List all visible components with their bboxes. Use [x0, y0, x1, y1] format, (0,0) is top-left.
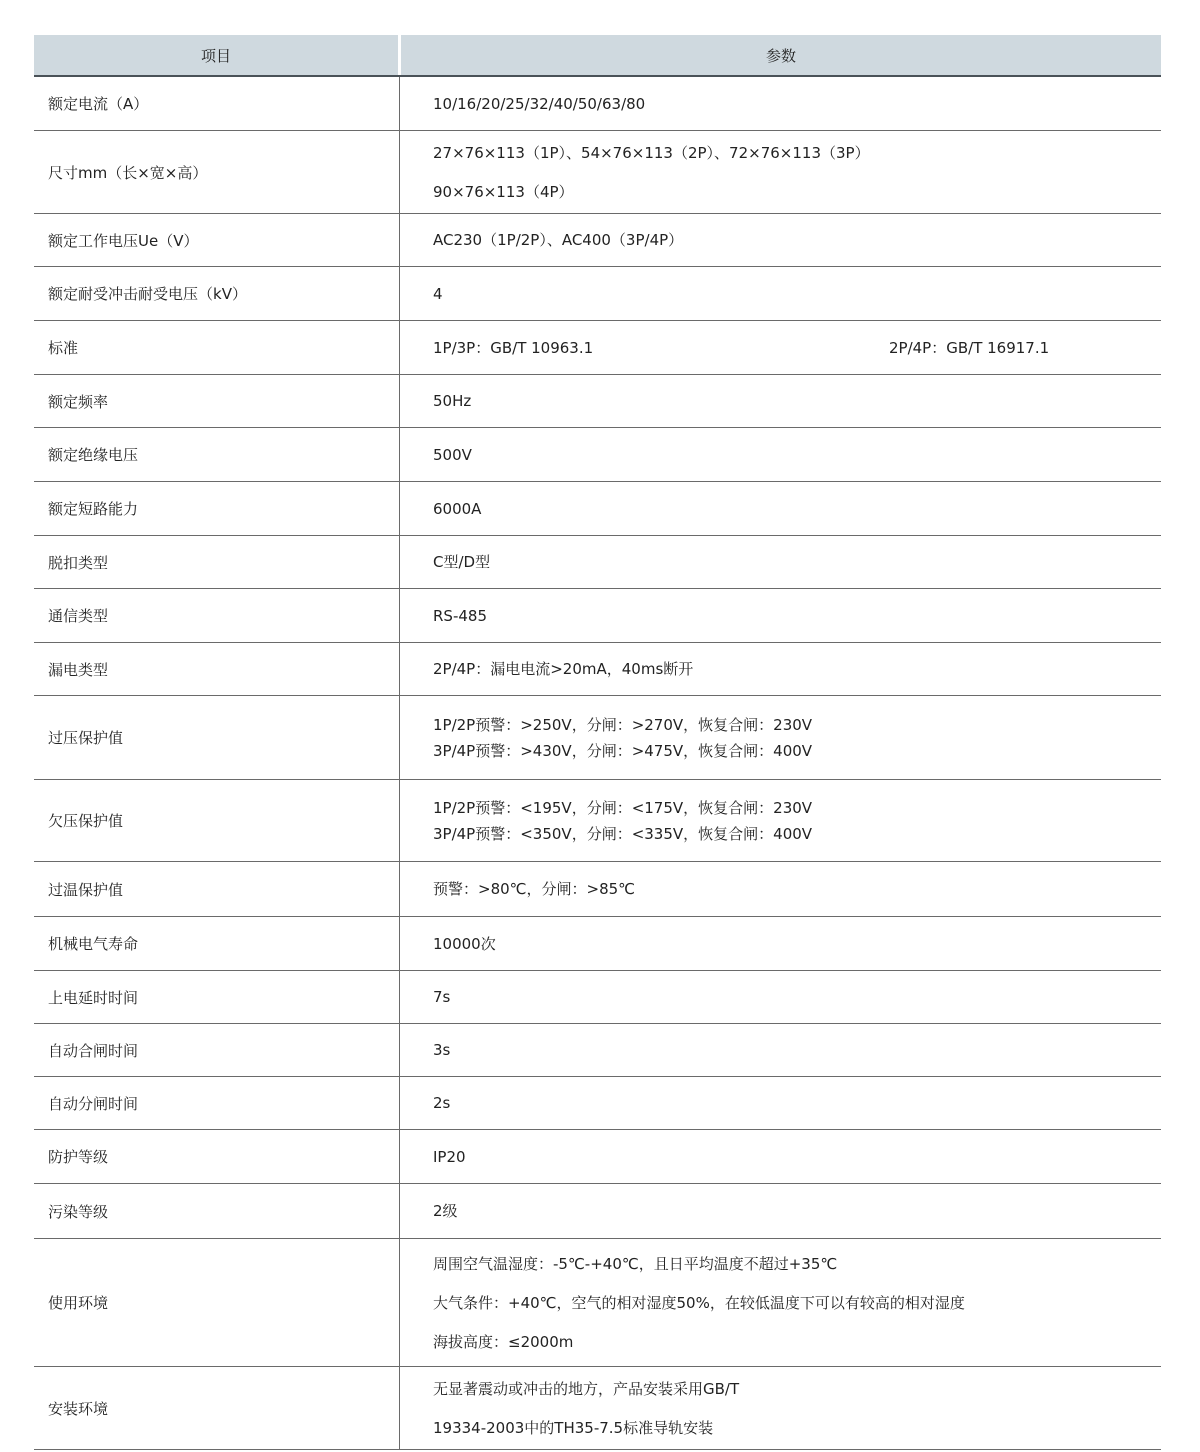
value-line: 1P/2P预警：>250V，分闸：>270V，恢复合闸：230V: [433, 715, 1161, 735]
row-label: 机械电气寿命: [34, 917, 400, 970]
table-row: 额定频率50Hz: [34, 375, 1161, 428]
row-value: 10000次: [400, 917, 1161, 970]
row-label: 安装环境: [34, 1367, 400, 1449]
value-line: 预警：>80℃，分闸：>85℃: [433, 879, 1161, 899]
value-line: 10/16/20/25/32/40/50/63/80: [433, 94, 1161, 114]
value-line: 3P/4P预警：<350V，分闸：<335V，恢复合闸：400V: [433, 824, 1161, 844]
row-label: 自动分闸时间: [34, 1077, 400, 1129]
value-line: RS-485: [433, 606, 1161, 626]
table-row: 自动合闸时间3s: [34, 1024, 1161, 1077]
row-value: 1P/2P预警：>250V，分闸：>270V，恢复合闸：230V3P/4P预警：…: [400, 696, 1161, 779]
row-label: 使用环境: [34, 1239, 400, 1366]
row-value: 27×76×113（1P）、54×76×113（2P）、72×76×113（3P…: [400, 131, 1161, 213]
row-label: 额定短路能力: [34, 482, 400, 535]
row-label: 标准: [34, 321, 400, 374]
row-value: 6000A: [400, 482, 1161, 535]
table-row: 额定工作电压Ue（V）AC230（1P/2P）、AC400（3P/4P）: [34, 214, 1161, 267]
value-line: 2s: [433, 1093, 1161, 1113]
value-line: C型/D型: [433, 552, 1161, 572]
row-label: 额定耐受冲击耐受电压（kV）: [34, 267, 400, 320]
row-value: 1P/2P预警：<195V，分闸：<175V，恢复合闸：230V3P/4P预警：…: [400, 780, 1161, 861]
value-line: 7s: [433, 987, 1161, 1007]
table-row: 尺寸mm（长×宽×高）27×76×113（1P）、54×76×113（2P）、7…: [34, 131, 1161, 214]
table-body: 额定电流（A）10/16/20/25/32/40/50/63/80尺寸mm（长×…: [34, 77, 1161, 1450]
row-value: 预警：>80℃，分闸：>85℃: [400, 862, 1161, 916]
value-line: 3P/4P预警：>430V，分闸：>475V，恢复合闸：400V: [433, 741, 1161, 761]
row-value: 10/16/20/25/32/40/50/63/80: [400, 77, 1161, 130]
table-row: 通信类型RS-485: [34, 589, 1161, 643]
value-line: 10000次: [433, 934, 1161, 954]
row-label: 过压保护值: [34, 696, 400, 779]
row-value: IP20: [400, 1130, 1161, 1183]
row-label: 额定电流（A）: [34, 77, 400, 130]
row-label: 额定绝缘电压: [34, 428, 400, 481]
row-label: 漏电类型: [34, 643, 400, 695]
value-line: 周围空气温湿度：-5℃-+40℃，且日平均温度不超过+35℃: [433, 1254, 1161, 1274]
row-value: 4: [400, 267, 1161, 320]
value-line: 1P/3P：GB/T 10963.1: [433, 338, 593, 358]
value-line: 90×76×113（4P）: [433, 182, 1161, 202]
row-label: 过温保护值: [34, 862, 400, 916]
value-line: IP20: [433, 1147, 1161, 1167]
row-label: 额定频率: [34, 375, 400, 427]
table-row: 漏电类型2P/4P：漏电电流>20mA，40ms断开: [34, 643, 1161, 696]
row-label: 上电延时时间: [34, 971, 400, 1023]
value-line: 6000A: [433, 499, 1161, 519]
row-value: 500V: [400, 428, 1161, 481]
value-line: 2级: [433, 1201, 1161, 1221]
table-row: 额定电流（A）10/16/20/25/32/40/50/63/80: [34, 77, 1161, 131]
row-label: 欠压保护值: [34, 780, 400, 861]
table-row: 额定耐受冲击耐受电压（kV）4: [34, 267, 1161, 321]
row-label: 自动合闸时间: [34, 1024, 400, 1076]
table-row: 额定绝缘电压500V: [34, 428, 1161, 482]
row-value: AC230（1P/2P）、AC400（3P/4P）: [400, 214, 1161, 266]
row-value: C型/D型: [400, 536, 1161, 588]
value-line: 500V: [433, 445, 1161, 465]
row-value: 1P/3P：GB/T 10963.12P/4P：GB/T 16917.1: [400, 321, 1161, 374]
value-line: 大气条件：+40℃，空气的相对湿度50%，在较低温度下可以有较高的相对湿度: [433, 1293, 1161, 1313]
table-row: 使用环境周围空气温湿度：-5℃-+40℃，且日平均温度不超过+35℃大气条件：+…: [34, 1239, 1161, 1367]
table-row: 污染等级2级: [34, 1184, 1161, 1239]
table-row: 自动分闸时间2s: [34, 1077, 1161, 1130]
row-value: RS-485: [400, 589, 1161, 642]
table-row: 安装环境无显著震动或冲击的地方，产品安装采用GB/T19334-2003中的TH…: [34, 1367, 1161, 1450]
table-row: 额定短路能力6000A: [34, 482, 1161, 536]
row-label: 尺寸mm（长×宽×高）: [34, 131, 400, 213]
row-value: 2级: [400, 1184, 1161, 1238]
row-value: 周围空气温湿度：-5℃-+40℃，且日平均温度不超过+35℃大气条件：+40℃，…: [400, 1239, 1161, 1366]
row-label: 污染等级: [34, 1184, 400, 1238]
value-line: 2P/4P：GB/T 16917.1: [889, 338, 1049, 358]
table-row: 机械电气寿命10000次: [34, 917, 1161, 971]
table-row: 标准1P/3P：GB/T 10963.12P/4P：GB/T 16917.1: [34, 321, 1161, 375]
row-value: 7s: [400, 971, 1161, 1023]
table-row: 过压保护值1P/2P预警：>250V，分闸：>270V，恢复合闸：230V3P/…: [34, 696, 1161, 780]
value-line: 27×76×113（1P）、54×76×113（2P）、72×76×113（3P…: [433, 143, 1161, 163]
spec-table: 项目 参数 额定电流（A）10/16/20/25/32/40/50/63/80尺…: [34, 35, 1161, 1450]
value-line: 3s: [433, 1040, 1161, 1060]
header-params: 参数: [401, 35, 1161, 75]
row-value: 无显著震动或冲击的地方，产品安装采用GB/T19334-2003中的TH35-7…: [400, 1367, 1161, 1449]
row-value: 2s: [400, 1077, 1161, 1129]
value-line: 50Hz: [433, 391, 1161, 411]
table-row: 上电延时时间7s: [34, 971, 1161, 1024]
row-value: 3s: [400, 1024, 1161, 1076]
value-line: AC230（1P/2P）、AC400（3P/4P）: [433, 230, 1161, 250]
value-line: 无显著震动或冲击的地方，产品安装采用GB/T: [433, 1379, 1161, 1399]
row-label: 脱扣类型: [34, 536, 400, 588]
row-value: 2P/4P：漏电电流>20mA，40ms断开: [400, 643, 1161, 695]
value-line: 19334-2003中的TH35-7.5标准导轨安装: [433, 1418, 1161, 1438]
table-row: 过温保护值预警：>80℃，分闸：>85℃: [34, 862, 1161, 917]
table-row: 欠压保护值1P/2P预警：<195V，分闸：<175V，恢复合闸：230V3P/…: [34, 780, 1161, 862]
value-line: 2P/4P：漏电电流>20mA，40ms断开: [433, 659, 1161, 679]
table-row: 脱扣类型C型/D型: [34, 536, 1161, 589]
row-label: 防护等级: [34, 1130, 400, 1183]
row-value: 50Hz: [400, 375, 1161, 427]
table-row: 防护等级IP20: [34, 1130, 1161, 1184]
value-line: 海拔高度：≤2000m: [433, 1332, 1161, 1352]
value-line: 1P/2P预警：<195V，分闸：<175V，恢复合闸：230V: [433, 798, 1161, 818]
table-header: 项目 参数: [34, 35, 1161, 77]
row-label: 额定工作电压Ue（V）: [34, 214, 400, 266]
header-item: 项目: [34, 35, 398, 75]
row-label: 通信类型: [34, 589, 400, 642]
value-line: 4: [433, 284, 1161, 304]
